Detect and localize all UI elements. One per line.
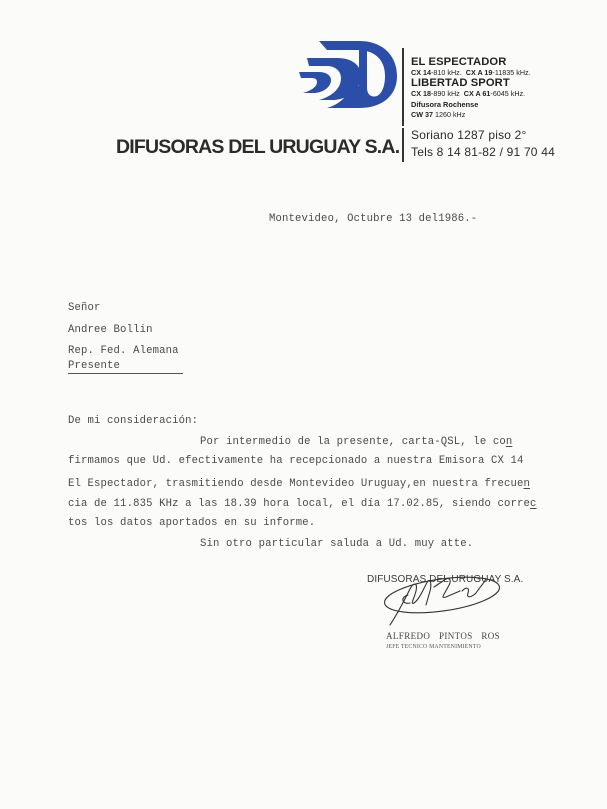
body-line: Por intermedio de la presente, carta-QSL… [200,436,512,448]
call-sign: CX 18 [411,89,431,98]
company-name: DIFUSORAS DEL URUGUAY S.A. [116,136,399,159]
station-name: EL ESPECTADOR [411,57,531,68]
ddu-logo-icon [297,38,399,110]
call-sign: CX A 61 [464,89,491,98]
underline-rule [68,373,183,374]
frequency: 1260 kHz [435,110,465,119]
contact-block: Soriano 1287 piso 2° Tels 8 14 81-82 / 9… [411,127,555,161]
body-line: firmamos que Ud. efectivamente ha recepc… [68,455,524,467]
stations-block: EL ESPECTADOR CX 14-810 kHz. CX A 19-118… [411,57,531,120]
recipient-country: Rep. Fed. Alemana [68,345,179,357]
body-text: El Espectador, trasmitiendo desde Montev… [68,478,524,490]
body-text: Por intermedio de la presente, carta-QSL… [200,436,506,448]
call-sign: CX 14 [411,68,431,77]
body-text: c [530,498,537,510]
handwritten-signature-icon [380,565,500,635]
frequency: 890 kHz [433,89,459,98]
body-text: cia de 11.835 KHz a las 18.39 hora local… [68,498,530,510]
divider-line [402,128,404,162]
body-line: tos los datos aportados en su informe. [68,517,315,529]
recipient-name: Andree Bollin [68,324,153,336]
call-sign: CW 37 [411,110,433,119]
body-text: n [506,436,513,448]
station-frequencies: CX 18-890 kHz CX A 61-6045 kHz. [411,89,531,99]
phone-numbers: Tels 8 14 81-82 / 91 70 44 [411,144,555,161]
call-sign: CX A 19 [466,68,493,77]
body-line: cia de 11.835 KHz a las 18.39 hora local… [68,498,537,510]
station-name: LIBERTAD SPORT [411,78,531,89]
station-name: Difusora Rochense [411,99,531,110]
letter-date: Montevideo, Octubre 13 del1986.- [269,213,477,225]
body-text: n [524,478,531,490]
station-frequencies: CW 37 1260 kHz [411,110,531,120]
salutation: De mi consideración: [68,415,198,427]
street-address: Soriano 1287 piso 2° [411,127,555,144]
closing-line: Sin otro particular saluda a Ud. muy att… [200,538,473,550]
frequency: 11835 kHz. [495,68,531,77]
recipient-title: Señor [68,302,101,314]
signatory-title: JEFE TECNICO MANTENIMIENTO [386,644,481,650]
frequency: 6045 kHz. [493,89,525,98]
signatory-name: ALFREDO PINTOS ROS [386,631,500,641]
body-line: El Espectador, trasmitiendo desde Montev… [68,478,530,490]
divider-line [402,48,404,126]
frequency: 810 kHz. [433,68,461,77]
recipient-presente: Presente [68,360,120,372]
